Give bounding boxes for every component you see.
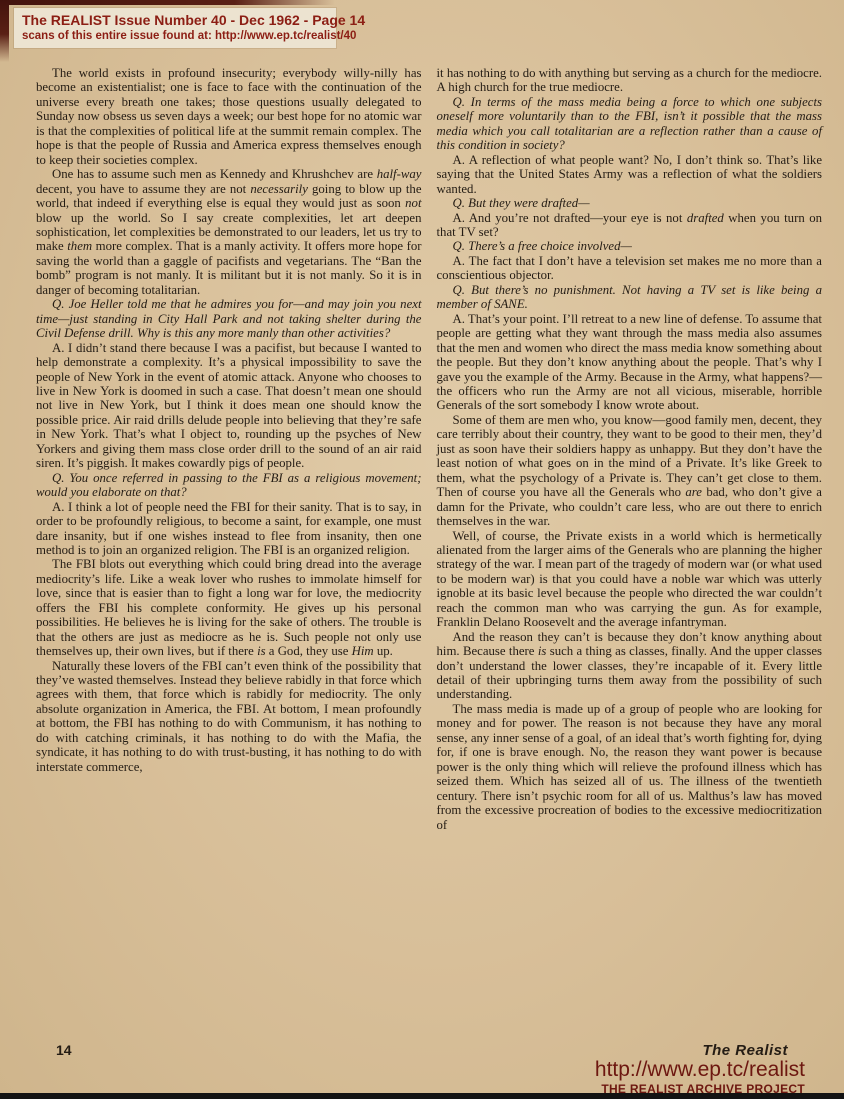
paragraph: A. That’s your point. I’ll retreat to a … [437, 312, 823, 413]
banner-subtitle: scans of this entire issue found at: htt… [22, 29, 326, 43]
banner-title: The REALIST Issue Number 40 - Dec 1962 -… [22, 12, 326, 29]
paragraph: Well, of course, the Private exists in a… [437, 529, 823, 630]
scan-edge-top [0, 0, 335, 5]
scan-edge-left [0, 0, 9, 62]
paragraph: Q. In terms of the mass media being a fo… [437, 95, 823, 153]
paragraph: A. And you’re not drafted—your eye is no… [437, 211, 823, 240]
paragraph: Some of them are men who, you know—good … [437, 413, 823, 529]
scanned-page: The REALIST Issue Number 40 - Dec 1962 -… [0, 0, 844, 1099]
paragraph: Q. But there’s no punishment. Not having… [437, 283, 823, 312]
paragraph: One has to assume such men as Kennedy an… [36, 167, 422, 297]
scan-edge-bottom [0, 1093, 844, 1099]
paragraph: Q. But they were drafted— [437, 196, 823, 210]
paragraph: A. I think a lot of people need the FBI … [36, 500, 422, 558]
magazine-name: The Realist [702, 1042, 788, 1059]
paragraph: A. The fact that I don’t have a televisi… [437, 254, 823, 283]
paragraph: And the reason they can’t is because the… [437, 630, 823, 702]
paragraph: A. I didn’t stand there because I was a … [36, 341, 422, 471]
paragraph: Q. There’s a free choice involved— [437, 239, 823, 253]
page-footer: 14 The Realist [56, 1042, 788, 1059]
right-column: it has nothing to do with anything but s… [437, 66, 823, 832]
paragraph: it has nothing to do with anything but s… [437, 66, 823, 95]
archive-banner: The REALIST Issue Number 40 - Dec 1962 -… [14, 8, 336, 48]
paragraph: Naturally these lovers of the FBI can’t … [36, 659, 422, 775]
paragraph: Q. Joe Heller told me that he admires yo… [36, 297, 422, 340]
paragraph: The mass media is made up of a group of … [437, 702, 823, 832]
paragraph: The FBI blots out everything which could… [36, 557, 422, 658]
archive-url: http://www.ep.tc/realist [595, 1058, 805, 1082]
article-body: The world exists in profound insecurity;… [36, 66, 822, 832]
archive-credit: http://www.ep.tc/realist THE REALIST ARC… [595, 1058, 805, 1097]
left-column: The world exists in profound insecurity;… [36, 66, 422, 832]
page-number: 14 [56, 1042, 72, 1058]
paragraph: A. A reflection of what people want? No,… [437, 153, 823, 196]
paragraph: Q. You once referred in passing to the F… [36, 471, 422, 500]
paragraph: The world exists in profound insecurity;… [36, 66, 422, 167]
